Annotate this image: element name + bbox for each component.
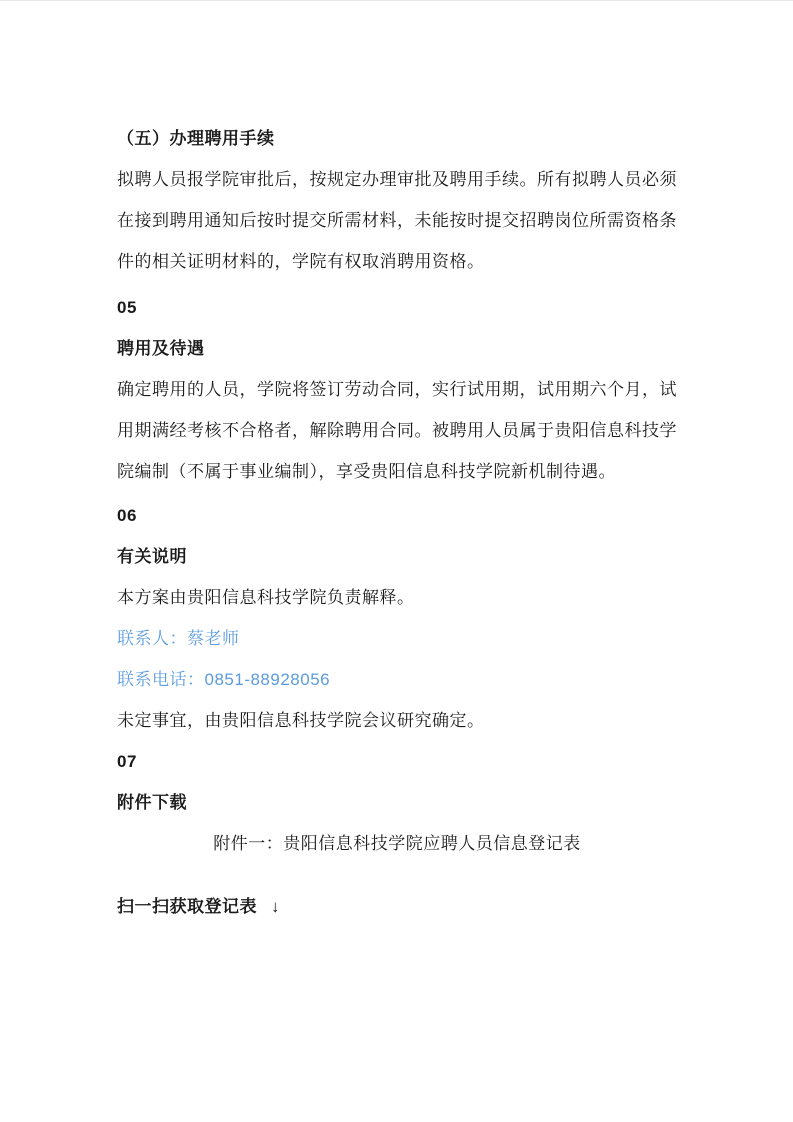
heading-hiring-procedure: （五）办理聘用手续 <box>117 118 677 159</box>
attachment-title: 附件一：贵阳信息科技学院应聘人员信息登记表 <box>117 823 677 864</box>
contact-phone-link[interactable]: 联系电话：0851-88928056 <box>117 659 677 700</box>
article-page: （五）办理聘用手续 拟聘人员报学院审批后，按规定办理审批及聘用手续。所有拟聘人员… <box>0 0 793 1122</box>
scan-instruction: 扫一扫获取登记表↓ <box>117 886 677 927</box>
heading-notes: 有关说明 <box>117 536 677 577</box>
contact-person: 联系人：蔡老师 <box>117 618 677 659</box>
paragraph-undecided-matters: 未定事宜，由贵阳信息科技学院会议研究确定。 <box>117 700 677 741</box>
section-number-05: 05 <box>117 287 677 328</box>
section-number-07: 07 <box>117 741 677 782</box>
paragraph-employment-benefits: 确定聘用的人员，学院将签订劳动合同，实行试用期，试用期六个月，试用期满经考核不合… <box>117 369 677 492</box>
heading-employment-benefits: 聘用及待遇 <box>117 328 677 369</box>
paragraph-interpretation: 本方案由贵阳信息科技学院负责解释。 <box>117 577 677 618</box>
section-number-06: 06 <box>117 495 677 536</box>
heading-attachment-download: 附件下载 <box>117 782 677 823</box>
paragraph-hiring-procedure: 拟聘人员报学院审批后，按规定办理审批及聘用手续。所有拟聘人员必须在接到聘用通知后… <box>117 159 677 282</box>
scan-instruction-label: 扫一扫获取登记表 <box>117 897 257 916</box>
download-arrow-icon: ↓ <box>271 897 280 916</box>
